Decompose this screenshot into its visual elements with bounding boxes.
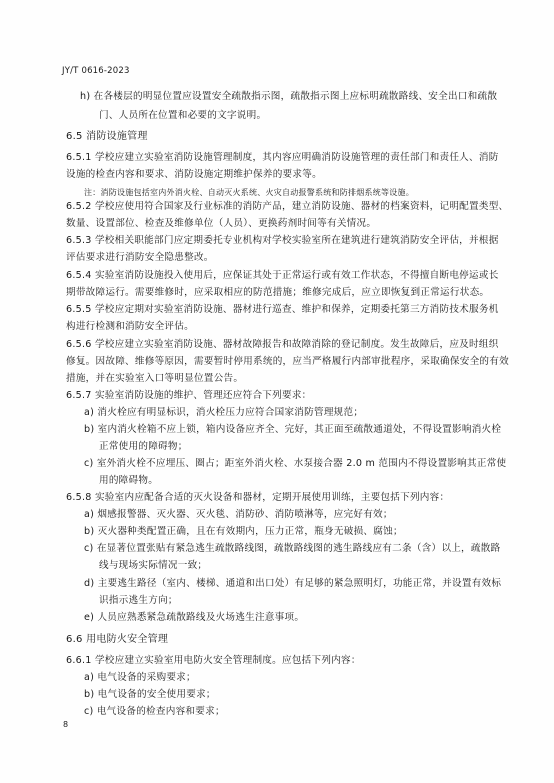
body-text-line: 期带故障运行。需要维修时，应采取相应的防范措施；维修完成后，应立即恢复到正常运行…	[66, 286, 489, 299]
body-text-line: 修复。因故障、维修等原因，需要暂时停用系统的，应当严格履行内部审批程序，采取确保…	[66, 355, 509, 368]
body-text-line: 门、人员所在位置和必要的文字说明。	[99, 109, 266, 122]
body-text-line: 6.5.3 学校相关职能部门应定期委托专业机构对学校实验室所在建筑进行建筑消防安…	[66, 234, 499, 247]
document-id: JY/T 0616-2023	[62, 66, 130, 76]
note-text: 注：消防设施包括室内外消火栓、自动灭火系统、火灾自动报警系统和防排烟系统等设施。	[84, 186, 414, 199]
section-heading: 6.5 消防设施管理	[66, 130, 148, 143]
body-text-line: b) 灭火器种类配置正确，且在有效期内，压力正常，瓶身无破损、腐蚀；	[84, 525, 403, 538]
body-text-line: 数量、设置部位、检查及维修单位（人员）、更换药剂时间等有关情况。	[66, 217, 376, 230]
body-text-line: 6.5.4 实验室消防设施投入使用后，应保证其处于正常运行或有效工作状态，不得擅…	[66, 269, 499, 282]
body-text-line: d) 主要逃生路径（室内、楼梯、通道和出口处）有足够的紧急照明灯，功能正常，并设…	[84, 577, 501, 590]
body-text-line: a) 电气设备的采购要求；	[84, 671, 196, 684]
body-text-line: 6.5.2 学校应使用符合国家及行业标准的消防产品，建立消防设施、器材的档案资料…	[66, 200, 508, 213]
body-text-line: a) 消火栓应有明显标识，消火栓压力应符合国家消防管理规范；	[84, 406, 363, 419]
body-text-line: c) 在显著位置张贴有紧急逃生疏散路线图，疏散路线图的逃生路线应有二条（含）以上…	[84, 542, 500, 555]
body-text-line: h) 在各楼层的明显位置应设置安全疏散指示图，疏散指示图上应标明疏散路线、安全出…	[80, 90, 497, 103]
body-text-line: 6.5.7 实验室消防设施的维护、管理还应符合下列要求：	[66, 389, 312, 402]
body-text-line: 设施的检查内容和要求、消防设施定期维护保养的要求等。	[66, 168, 322, 181]
body-text-line: 6.6.1 学校应建立实验室用电防火安全管理制度。应包括下列内容：	[66, 654, 361, 667]
body-text-line: 6.5.1 学校应建立实验室消防设施管理制度，其内容应明确消防设施管理的责任部门…	[66, 151, 499, 164]
body-text-line: b) 电气设备的安全使用要求；	[84, 688, 216, 701]
body-text-line: 6.5.8 实验室内应配备合适的灭火设备和器材，定期开展使用训练，主要包括下列内…	[66, 491, 449, 504]
body-text-line: 评估要求进行消防安全隐患整改。	[66, 251, 214, 264]
body-text-line: 线与现场实际情况一致；	[99, 559, 207, 572]
section-heading: 6.6 用电防火安全管理	[66, 633, 168, 646]
body-text-line: 措施，并在实验室入口等明显位置公告。	[66, 372, 243, 385]
body-text-line: c) 室外消火栓不应埋压、圈占；距室外消火栓、水泵接合器 2.0 m 范围内不得…	[84, 457, 506, 470]
document-page: JY/T 0616-2023 h) 在各楼层的明显位置应设置安全疏散指示图，疏散…	[0, 0, 554, 783]
body-text-line: 正常使用的障碍物；	[99, 440, 188, 453]
body-text-line: 6.5.5 学校应定期对实验室消防设施、器材进行巡查、维护和保养，定期委托第三方…	[66, 303, 499, 316]
body-text-line: e) 人员应熟悉紧急疏散路线及火场逃生注意事项。	[84, 611, 304, 624]
body-text-line: 6.5.6 学校应建立实验室消防设施、器材故障报告和故障消除的登记制度。发生故障…	[66, 338, 499, 351]
body-text-line: 识指示逃生方向；	[99, 594, 178, 607]
body-text-line: c) 电气设备的检查内容和要求；	[84, 705, 225, 718]
body-text-line: b) 室内消火栓箱不应上锁，箱内设备应齐全、完好，其正面至疏散通道处，不得设置影…	[84, 423, 501, 436]
body-text-line: 构进行检测和消防安全评估。	[66, 320, 194, 333]
body-text-line: a) 烟感报警器、灭火器、灭火毯、消防砂、消防喷淋等，应完好有效；	[84, 508, 393, 521]
page-number: 8	[63, 720, 68, 729]
body-text-line: 用的障碍物。	[99, 474, 158, 487]
